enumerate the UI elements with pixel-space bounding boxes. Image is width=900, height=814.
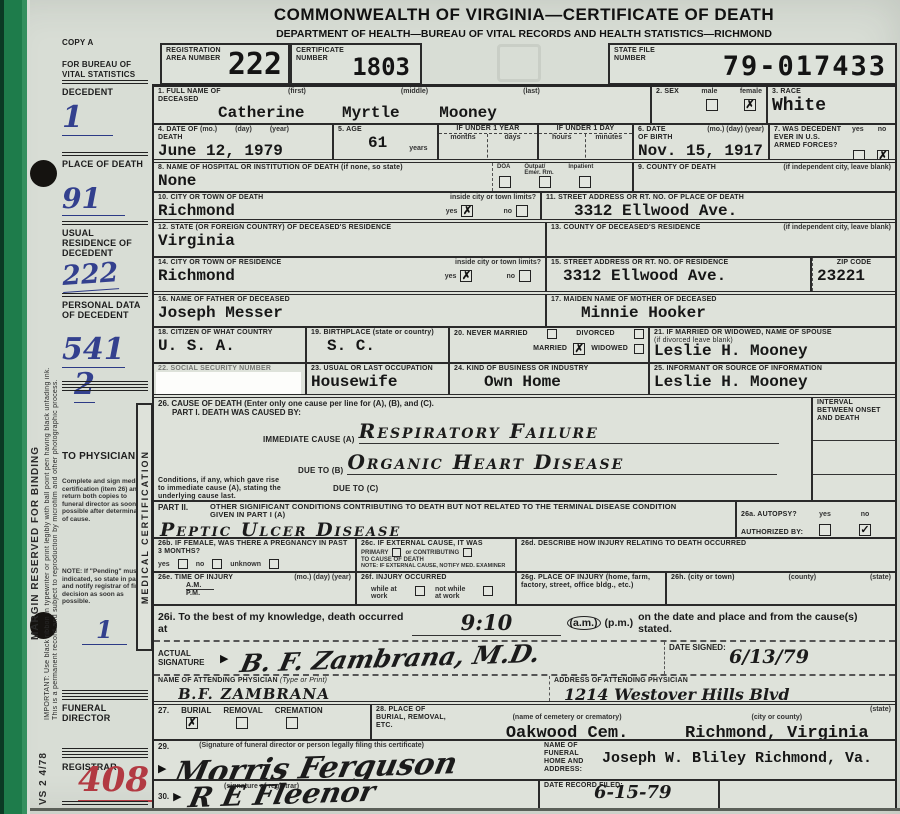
armed-yes-hint: yes: [852, 126, 864, 150]
date-of-death-value: June 12, 1979: [158, 142, 328, 159]
external-cause-label: 26c. IF EXTERNAL CAUSE, IT WAS: [361, 540, 511, 548]
physician-signature: B. F. Zambrana, M.D.: [238, 642, 543, 674]
injury-occurred-label: 26f. INJURY OCCURRED: [361, 574, 511, 582]
autopsy-yes-checkbox: [819, 524, 831, 536]
am-circled: (a.m.): [567, 616, 601, 630]
widowed-label: WIDOWED: [591, 345, 628, 353]
funeral-sig-num: 29.: [158, 742, 169, 751]
first-hint: (first): [288, 88, 306, 104]
not-while-at-work-hint: not while at work: [435, 586, 473, 600]
injury-description-label: 26d. DESCRIBE HOW INJURY RELATING TO DEA…: [521, 540, 891, 548]
part2-text: OTHER SIGNIFICANT CONDITIONS CONTRIBUTIN…: [210, 503, 690, 519]
father-label: 16. NAME OF FATHER OF DECEASED: [158, 296, 541, 304]
margin-important-line2: This is a permanent record and subject t…: [52, 300, 59, 720]
margin-code-note: 1: [82, 615, 127, 645]
business-label: 24. KIND OF BUSINESS OR INDUSTRY: [454, 365, 644, 373]
informant-value: Leslie H. Mooney: [654, 373, 891, 391]
injury-am: A.M.: [186, 582, 202, 589]
not-while-at-work-checkbox: [483, 586, 493, 596]
occupation-value: Housewife: [311, 373, 444, 391]
state-file-label: STATE FILE NUMBER: [614, 47, 674, 63]
mother-label: 17. MAIDEN NAME OF MOTHER OF DECEASED: [551, 296, 891, 304]
sex-female-checkbox: ✗: [744, 99, 756, 111]
pregnancy-unknown-checkbox: [269, 559, 279, 569]
empty-cell: [720, 781, 895, 809]
margin-code-place: 91: [62, 182, 125, 216]
time-of-injury-label: 26e. TIME OF INJURY: [158, 574, 233, 582]
birthplace-label: 19. BIRTHPLACE (state or country): [311, 329, 444, 337]
page-edge: [30, 808, 900, 811]
divider: [62, 221, 148, 225]
divorced-label: DIVORCED: [576, 330, 615, 338]
autopsy-label: 26a. AUTOPSY?: [741, 511, 797, 518]
time-of-death-value: 9:10: [461, 610, 513, 635]
never-married-label: 20. NEVER MARRIED: [454, 330, 528, 338]
pm-option: (p.m.): [605, 617, 634, 629]
cremation-checkbox: [286, 717, 298, 729]
margin-code-personal-2: 2: [74, 367, 95, 403]
primary-hint: PRIMARY: [361, 550, 388, 556]
removal-label: REMOVAL: [223, 706, 262, 715]
burial-state-hint: (state): [870, 706, 891, 739]
primary-checkbox: [392, 548, 401, 557]
divider: [62, 293, 148, 297]
doa-checkbox: [499, 176, 511, 188]
res-limits-yes-hint: yes: [445, 273, 457, 280]
bureau-label: FOR BUREAU OF VITAL STATISTICS: [62, 60, 150, 80]
section-usual-residence: USUAL RESIDENCE OF DECEDENT: [62, 228, 150, 258]
widowed-checkbox: [634, 344, 644, 354]
limits-no-checkbox: [516, 205, 528, 217]
death-occurred-prefix: 26i. To the best of my knowledge, death …: [158, 611, 412, 635]
informant-label: 25. INFORMANT OR SOURCE OF INFORMATION: [654, 365, 891, 373]
cemetery-value: Oakwood Cem.: [506, 724, 628, 739]
dod-day-hint: (day): [235, 126, 252, 142]
race-value: White: [772, 96, 891, 116]
embossed-seal-mark: [497, 44, 541, 82]
certificate-number: 1803: [352, 53, 410, 81]
married-label: MARRIED: [533, 345, 567, 353]
age-value: 61: [368, 134, 387, 152]
cause-b-value: Organic Heart Disease: [347, 450, 624, 474]
pregnancy-unknown-hint: unknown: [230, 561, 261, 568]
page-subtitle: DEPARTMENT OF HEALTH—BUREAU OF VITAL REC…: [150, 28, 898, 40]
hours-hint: hours: [539, 134, 586, 159]
injury-county-hint: (county): [789, 574, 817, 582]
autopsy-no-hint: no: [861, 511, 870, 518]
part2-value: Peptic Ulcer Disease: [160, 519, 401, 537]
due-to-c-label: DUE TO: [333, 484, 364, 493]
business-value: Own Home: [484, 373, 644, 391]
divider: [62, 381, 148, 385]
removal-checkbox: [236, 717, 248, 729]
burial-label: BURIAL: [181, 706, 211, 715]
certificate-number-label: CERTIFICATE NUMBER: [296, 47, 351, 63]
date-signed-value: 6/13/79: [729, 646, 891, 668]
contributing-hint: or CONTRIBUTING: [405, 550, 459, 556]
cause-a-value: Respiratory Failure: [359, 419, 599, 443]
days-hint: days: [488, 134, 537, 159]
injury-state-hint: (state): [870, 574, 891, 582]
dod-year-hint: (year): [270, 126, 289, 142]
res-limits-hint: inside city or town limits?: [455, 259, 541, 267]
cause-of-death-header: 26. CAUSE OF DEATH (Enter only one cause…: [158, 399, 807, 408]
armed-yes-checkbox: [853, 150, 865, 159]
divider: [62, 748, 148, 752]
sex-male-hint: male: [701, 88, 717, 96]
section-personal-data: PERSONAL DATA OF DECEDENT: [62, 300, 150, 320]
copy-label: COPY A: [62, 38, 150, 48]
street-residence-label: 15. STREET ADDRESS OR RT. NO. OF RESIDEN…: [551, 259, 806, 267]
limits-yes-hint: yes: [446, 208, 458, 215]
limits-no-hint: no: [503, 208, 512, 215]
place-of-burial-label: 28. PLACE OF BURIAL, REMOVAL, ETC.: [376, 706, 451, 739]
months-hint: months: [439, 134, 488, 159]
middle-hint: (middle): [401, 88, 428, 104]
death-occurred-suffix: on the date and place and from the cause…: [638, 611, 891, 635]
state-file-number: 79-017433: [723, 51, 887, 82]
punch-hole: [30, 160, 57, 187]
margin-important-line1: IMPORTANT: Use black ribbon in typewrite…: [44, 300, 51, 720]
page-title: COMMONWEALTH OF VIRGINIA—CERTIFICATE OF …: [150, 5, 898, 25]
section-place-of-death: PLACE OF DEATH: [62, 159, 150, 169]
physician-name-value: B.F. ZAMBRANA: [177, 685, 547, 701]
county-residence-hint: (if independent city, leave blank): [783, 224, 891, 232]
city-limits-hint: inside city or town limits?: [450, 194, 536, 202]
age-label: 5. AGE: [338, 126, 433, 134]
contributing-checkbox: [463, 548, 472, 557]
medical-certification-strip: MEDICAL CERTIFICATION: [136, 403, 153, 651]
divider: [62, 801, 148, 805]
sex-male-checkbox: [706, 99, 718, 111]
registrar-sig-num: 30.: [158, 792, 169, 801]
state-file-number-box: STATE FILE NUMBER 79-017433: [608, 43, 897, 85]
date-filed-value: 6-15-79: [594, 782, 714, 803]
dob-hints: (mo.) (day) (year): [707, 126, 764, 142]
injury-pm: P.M.: [186, 589, 214, 597]
pregnancy-no-checkbox: [212, 559, 222, 569]
binding-stripe: [0, 0, 30, 814]
funeral-home-label: NAME OF FUNERAL HOME AND ADDRESS:: [544, 742, 602, 774]
inpatient-checkbox: [579, 176, 591, 188]
place-of-injury-label: 26g. PLACE OF INJURY (home, farm, factor…: [521, 574, 661, 590]
outpatient-hint: Outpat/ Emer. Rm.: [524, 164, 554, 176]
under-1-year-label: IF UNDER 1 YEAR: [439, 125, 537, 134]
margin-code-registrar: 408: [78, 760, 155, 802]
county-of-death-label: 9. COUNTY OF DEATH: [638, 164, 716, 172]
authorized-by-label: AUTHORIZED BY:: [741, 529, 803, 536]
part1-label: PART I. DEATH WAS CAUSED BY:: [172, 408, 807, 417]
injury-date-hints: (mo.) (day) (year): [294, 574, 351, 582]
c-mark: (C): [367, 484, 379, 493]
street-residence-value: 3312 Ellwood Ave.: [563, 267, 806, 285]
hospital-value: None: [158, 172, 488, 190]
external-note: NOTE: IF EXTERNAL CAUSE, NOTIFY MED. EXA…: [361, 563, 511, 569]
outpatient-checkbox: [539, 176, 551, 188]
last-hint: (last): [523, 88, 540, 104]
pregnancy-no-hint: no: [196, 561, 205, 568]
dod-mo-hint: (mo.): [200, 126, 217, 142]
last-name: Mooney: [439, 104, 497, 122]
minutes-hint: minutes: [586, 134, 633, 159]
hospital-label: 8. NAME OF HOSPITAL OR INSTITUTION OF DE…: [158, 164, 488, 172]
state-residence-value: Virginia: [158, 232, 541, 250]
registration-area-box: REGISTRATION AREA NUMBER 222: [160, 43, 290, 85]
pregnancy-yes-checkbox: [178, 559, 188, 569]
b-mark: (B): [332, 466, 344, 475]
injury-city-label: 26h. (city or town): [671, 574, 735, 582]
while-at-work-checkbox: [415, 586, 425, 596]
divider: [62, 387, 148, 391]
birthplace-value: S. C.: [327, 337, 444, 355]
physician-name-label: NAME OF ATTENDING PHYSICIAN: [158, 677, 278, 684]
street-of-death-value: 3312 Ellwood Ave.: [574, 202, 891, 219]
full-name-label: 1. FULL NAME OF DECEASED: [158, 88, 248, 104]
cremation-label: CREMATION: [275, 706, 323, 715]
first-name: Catherine: [218, 104, 304, 122]
sex-label: 2. SEX: [656, 88, 679, 96]
immediate-cause-label: IMMEDIATE CAUSE (A): [263, 436, 355, 444]
section-funeral-director: FUNERAL DIRECTOR: [62, 703, 150, 723]
divorced-checkbox: [634, 329, 644, 339]
physician-name-hint: (Type or Print): [280, 677, 327, 684]
due-to-b-label: DUE TO: [298, 466, 329, 475]
date-of-birth-label: 6. DATE OF BIRTH: [638, 126, 674, 142]
margin-code-decedent: 1: [62, 100, 113, 136]
county-of-death-hint: (if independent city, leave blank): [783, 164, 891, 172]
spouse-value: Leslie H. Mooney: [654, 342, 891, 360]
limits-yes-checkbox: ✗: [461, 205, 473, 217]
under-1-day-label: IF UNDER 1 DAY: [539, 125, 632, 134]
correction-whiteout: [156, 372, 301, 394]
city-residence-value: Richmond: [158, 267, 445, 285]
citizen-label: 18. CITIZEN OF WHAT COUNTRY: [158, 329, 301, 337]
registrar-sig-arrow: ▶: [173, 790, 181, 803]
burial-city-value: Richmond, Virginia: [685, 724, 869, 739]
funeral-director-signature: Morris Ferguson: [172, 746, 461, 779]
divider: [62, 152, 148, 156]
funeral-home-value: Joseph W. Bliley Richmond, Va.: [602, 750, 872, 774]
mother-value: Minnie Hooker: [581, 304, 891, 322]
actual-signature-label: ACTUAL SIGNATURE: [158, 649, 220, 667]
zip-label: ZIP CODE: [817, 259, 891, 267]
registration-area-label: REGISTRATION AREA NUMBER: [166, 47, 226, 63]
armed-no-checkbox: ✗: [877, 150, 889, 159]
never-married-checkbox: [547, 329, 557, 339]
city-of-death-value: Richmond: [158, 202, 446, 219]
res-limits-no-checkbox: [519, 270, 531, 282]
margin-code-personal: 541: [62, 332, 125, 368]
state-residence-label: 12. STATE (OR FOREIGN COUNTRY) OF DECEAS…: [158, 224, 541, 232]
physician-address-label: ADDRESS OF ATTENDING PHYSICIAN: [554, 677, 891, 685]
street-of-death-label: 11. STREET ADDRESS OR RT. NO. OF PLACE O…: [546, 194, 891, 202]
registration-area-number: 222: [228, 47, 282, 82]
res-limits-yes-checkbox: ✗: [460, 270, 472, 282]
divider: [62, 80, 148, 84]
zip-value: 23221: [817, 267, 891, 285]
autopsy-no-checkbox: ✓: [859, 524, 871, 536]
city-residence-label: 14. CITY OR TOWN OF RESIDENCE: [158, 259, 281, 267]
date-of-death-label: 4. DATE OF DEATH: [158, 126, 200, 142]
interval-label: INTERVAL BETWEEN ONSET AND DEATH: [817, 399, 891, 423]
citizen-value: U. S. A.: [158, 337, 301, 355]
while-at-work-hint: while at work: [371, 586, 405, 600]
doa-hint: DOA: [497, 164, 510, 176]
part2-label: PART II.: [158, 503, 210, 519]
age-unit: years: [409, 145, 427, 152]
divider: [62, 696, 148, 700]
burial-checkbox: ✗: [186, 717, 198, 729]
date-of-birth-value: Nov. 15, 1917: [638, 142, 764, 159]
medical-certification-label: MEDICAL CERTIFICATION: [140, 450, 150, 604]
pregnancy-yes-hint: yes: [158, 561, 170, 568]
cemetery-hint: (name of cemetery or crematory): [513, 714, 622, 721]
occupation-label: 23. USUAL OR LAST OCCUPATION: [311, 365, 444, 373]
signature-arrow: ▶: [220, 652, 228, 665]
form-code: VS 2 4/78: [38, 730, 49, 805]
res-limits-no-hint: no: [506, 273, 515, 280]
father-value: Joseph Messer: [158, 304, 541, 322]
married-checkbox: ✗: [573, 343, 585, 355]
sex-female-hint: female: [740, 88, 762, 96]
armed-forces-label: 7. WAS DECEDENT EVER IN U.S. ARMED FORCE…: [774, 126, 846, 150]
race-label: 3. RACE: [772, 88, 891, 96]
disposition-num: 27.: [158, 706, 169, 715]
county-residence-label: 13. COUNTY OF DECEASED'S RESIDENCE: [551, 224, 701, 232]
divider: [62, 754, 148, 758]
section-decedent: DECEDENT: [62, 87, 150, 97]
certificate-number-box: CERTIFICATE NUMBER 1803: [290, 43, 422, 85]
certificate-form: 1. FULL NAME OF DECEASED (first) (middle…: [152, 84, 897, 811]
burial-city-hint: (city or county): [752, 714, 803, 721]
spouse-label: 21. IF MARRIED OR WIDOWED, NAME OF SPOUS…: [654, 329, 891, 337]
conditions-note: Conditions, if any, which gave rise to i…: [158, 477, 288, 500]
city-of-death-label: 10. CITY OR TOWN OF DEATH: [158, 194, 263, 202]
margin-code-residence: 222: [61, 257, 119, 293]
margin-binding-text: MARGIN RESERVED FOR BINDING: [30, 310, 41, 640]
physician-address-value: 1214 Westover Hills Blvd: [564, 685, 891, 701]
pregnancy-label: 26b. IF FEMALE, WAS THERE A PREGNANCY IN…: [158, 540, 351, 556]
autopsy-yes-hint: yes: [819, 511, 831, 518]
divider: [62, 690, 148, 694]
death-certificate-scan: MARGIN RESERVED FOR BINDING IMPORTANT: U…: [0, 0, 900, 814]
registrar-signature: R E Fleenor: [185, 781, 378, 809]
inpatient-hint: Inpatient: [568, 164, 593, 176]
middle-name: Myrtle: [342, 104, 400, 122]
funeral-sig-arrow: ▶: [158, 762, 166, 775]
armed-no-hint: no: [878, 126, 887, 150]
